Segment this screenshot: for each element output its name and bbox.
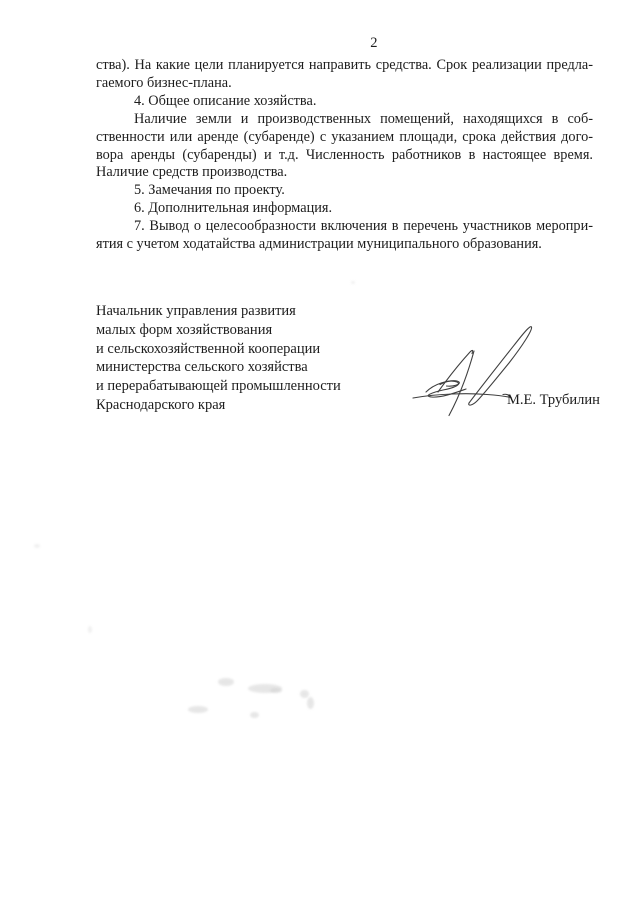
signature-title-line: малых форм хозяйствования bbox=[96, 321, 416, 340]
signature-title-line: и перерабатывающей промышленности bbox=[96, 377, 416, 396]
signature-title-line: Начальник управления развития bbox=[96, 302, 416, 321]
scan-artifact bbox=[34, 544, 40, 548]
scan-artifact bbox=[188, 706, 208, 713]
body-line-item-6: 6. Дополнительная информация. bbox=[96, 200, 593, 218]
signature-title-line: и сельскохозяйственной кооперации bbox=[96, 340, 416, 359]
signature-title-line: министерства сельского хозяйства bbox=[96, 358, 416, 377]
body-line: вора аренды (субаренды) и т.д. Численнос… bbox=[96, 147, 593, 165]
scan-artifact bbox=[250, 712, 259, 718]
signer-name: М.Е. Трубилин bbox=[507, 392, 600, 409]
page-number: 2 bbox=[344, 35, 404, 52]
body-line: ственности или аренде (субаренде) с указ… bbox=[96, 129, 593, 147]
scan-artifact bbox=[270, 688, 282, 693]
body-line: Наличие средств производства. bbox=[96, 164, 593, 182]
scan-artifact bbox=[218, 678, 234, 686]
scan-artifact bbox=[300, 690, 309, 698]
body-line-item-5: 5. Замечания по проекту. bbox=[96, 182, 593, 200]
signature-title-line: Краснодарского края bbox=[96, 396, 416, 415]
signature-title-block: Начальник управления развития малых форм… bbox=[96, 302, 416, 415]
scan-artifact bbox=[307, 697, 314, 709]
body-line: гаемого бизнес-плана. bbox=[96, 75, 593, 93]
body-line: ства). На какие цели планируется направи… bbox=[96, 57, 593, 75]
body-line-item-7: 7. Вывод о целесообразности включения в … bbox=[96, 218, 593, 236]
scanned-document-page: 2 ства). На какие цели планируется напра… bbox=[0, 0, 639, 905]
scan-artifact bbox=[88, 626, 92, 633]
body-line-item-4: 4. Общее описание хозяйства. bbox=[96, 93, 593, 111]
body-line: Наличие земли и производственных помещен… bbox=[96, 111, 593, 129]
body-line: ятия с учетом ходатайства администрации … bbox=[96, 236, 593, 254]
document-body: ства). На какие цели планируется направи… bbox=[96, 57, 593, 254]
scan-artifact bbox=[351, 281, 355, 284]
